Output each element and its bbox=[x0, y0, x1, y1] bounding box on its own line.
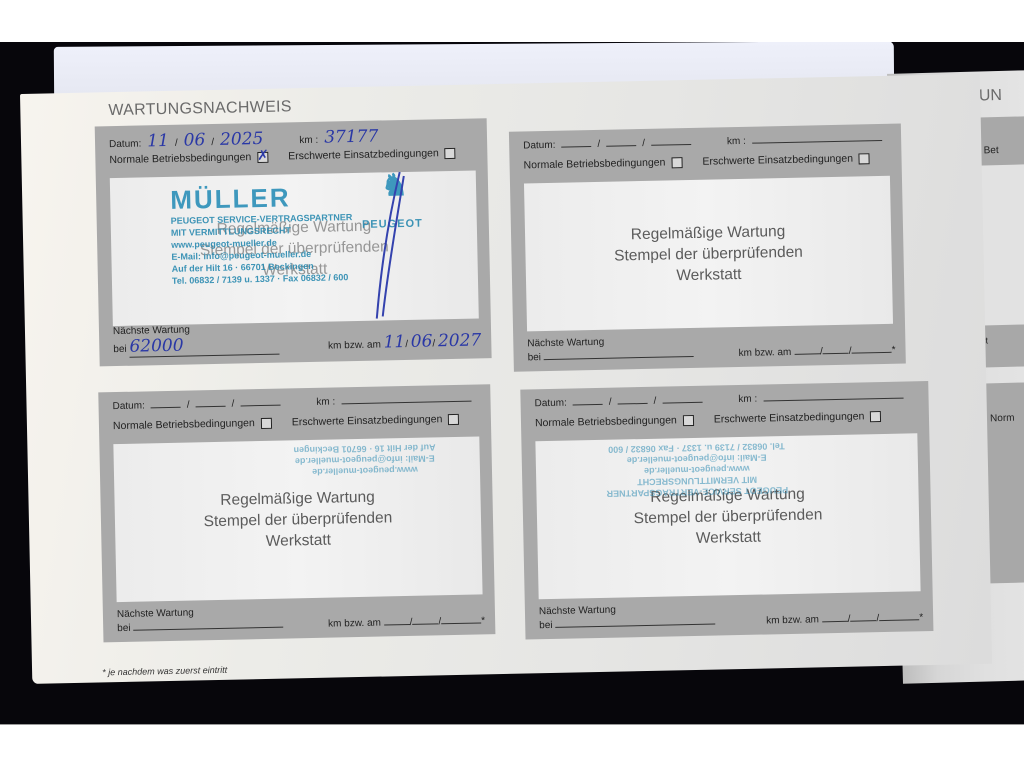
normal-conditions-checkbox[interactable] bbox=[257, 151, 268, 162]
difficult-conditions-checkbox[interactable] bbox=[445, 147, 456, 158]
workshop-stamp-box: www.peugeot-mueller.deE-Mail: info@peuge… bbox=[113, 436, 482, 602]
box-text-line2: Stempel der überprüfenden bbox=[633, 504, 822, 529]
next-year-value[interactable]: 2027 bbox=[438, 330, 482, 351]
km-label: km : bbox=[316, 396, 335, 407]
km-field[interactable] bbox=[752, 130, 882, 144]
date-year-field[interactable] bbox=[651, 134, 691, 146]
service-entry-3: Datum: / / km : Normale Betriebsbedingun… bbox=[98, 384, 495, 642]
next-day-field[interactable] bbox=[384, 614, 410, 626]
date-month-value[interactable]: 06 bbox=[183, 130, 205, 150]
normal-conditions-checkbox[interactable] bbox=[261, 417, 272, 428]
difficult-conditions-checkbox[interactable] bbox=[870, 411, 881, 422]
difficult-conditions-checkbox[interactable] bbox=[448, 413, 459, 424]
km-value[interactable]: 37177 bbox=[324, 127, 379, 148]
km-or-on-label: km bzw. am bbox=[766, 614, 819, 626]
asterisk: * bbox=[892, 345, 896, 356]
km-or-on-label: km bzw. am bbox=[328, 339, 381, 351]
normal-conditions-label: Normale Betriebsbedingungen bbox=[113, 417, 255, 432]
km-label: km : bbox=[738, 394, 757, 405]
service-entry-1: Datum: 11 / 06 / 2025 km : 37177 Normale… bbox=[95, 118, 492, 366]
next-km-value[interactable]: 62000 bbox=[129, 334, 279, 358]
date-separator: / bbox=[642, 138, 645, 149]
next-year-field[interactable] bbox=[441, 612, 481, 624]
stamp-offset-imprint: PEUGEOT SERVICE-VERTRAGSPARTNERMIT VERMI… bbox=[605, 440, 788, 499]
normal-conditions-label: Normale Betriebsbedingungen bbox=[535, 414, 677, 429]
service-entry-2: Datum: / / km : Normale Betriebsbedingun… bbox=[509, 124, 906, 372]
next-month-value[interactable]: 06 bbox=[411, 331, 433, 351]
date-separator: / bbox=[653, 396, 656, 407]
next-at-label: bei bbox=[539, 620, 553, 631]
next-km-field[interactable] bbox=[555, 614, 715, 628]
service-entry-4: Datum: / / km : Normale Betriebsbedingun… bbox=[520, 381, 933, 639]
next-year-field[interactable] bbox=[851, 342, 891, 354]
next-km-field[interactable] bbox=[544, 346, 694, 360]
date-year-field[interactable] bbox=[240, 395, 280, 407]
workshop-stamp-box: Regelmäßige Wartung Stempel der überprüf… bbox=[524, 176, 893, 332]
date-separator: / bbox=[597, 139, 600, 150]
next-day-field[interactable] bbox=[794, 343, 820, 355]
next-month-field[interactable] bbox=[412, 613, 438, 625]
workshop-stamp-box: Regelmäßige Wartung Stempel der überprüf… bbox=[110, 170, 479, 326]
date-label: Datum: bbox=[523, 140, 555, 152]
workshop-stamp-box: PEUGEOT SERVICE-VERTRAGSPARTNERMIT VERMI… bbox=[535, 433, 920, 599]
date-separator: / bbox=[609, 397, 612, 408]
km-field[interactable] bbox=[341, 391, 471, 405]
next-day-field[interactable] bbox=[822, 611, 848, 623]
box-text-line2: Stempel der überprüfenden bbox=[614, 241, 803, 266]
km-field[interactable] bbox=[763, 388, 903, 402]
date-separator: / bbox=[175, 138, 178, 149]
footnote: * je nachdem was zuerst eintritt bbox=[102, 665, 227, 678]
workshop-stamp: ♞ MÜLLER PEUGEOT PEUGEOT SERVICE-VERTRAG… bbox=[170, 179, 433, 314]
km-label: km : bbox=[727, 136, 746, 147]
normal-conditions-checkbox[interactable] bbox=[683, 414, 694, 425]
date-label: Datum: bbox=[534, 398, 566, 410]
date-month-field[interactable] bbox=[606, 135, 636, 147]
date-separator: / bbox=[211, 137, 214, 148]
date-year-field[interactable] bbox=[662, 392, 702, 404]
date-separator: / bbox=[231, 399, 234, 410]
box-text-line3: Werkstatt bbox=[266, 529, 332, 551]
normal-conditions-label: Normale Betriebsbedingungen bbox=[109, 151, 251, 166]
difficult-conditions-checkbox[interactable] bbox=[859, 153, 870, 164]
normal-conditions-label: Normale Betriebsbedingungen bbox=[523, 156, 665, 171]
stamp-offset-imprint: www.peugeot-mueller.deE-Mail: info@peuge… bbox=[293, 441, 436, 477]
next-month-field[interactable] bbox=[850, 610, 876, 622]
date-day-field[interactable] bbox=[573, 394, 603, 406]
signature-scribble bbox=[370, 170, 413, 321]
difficult-conditions-label: Erschwerte Einsatzbedingungen bbox=[292, 413, 443, 428]
date-month-field[interactable] bbox=[195, 396, 225, 408]
next-day-value[interactable]: 11 bbox=[383, 332, 405, 352]
difficult-conditions-label: Erschwerte Einsatzbedingungen bbox=[714, 410, 865, 425]
date-day-value[interactable]: 11 bbox=[147, 131, 169, 151]
date-separator: / bbox=[187, 400, 190, 411]
next-year-field[interactable] bbox=[879, 609, 919, 621]
box-text-line3: Werkstatt bbox=[696, 526, 762, 548]
date-label: Datum: bbox=[112, 400, 144, 412]
normal-conditions-checkbox[interactable] bbox=[671, 157, 682, 168]
date-day-field[interactable] bbox=[561, 136, 591, 148]
km-or-on-label: km bzw. am bbox=[738, 347, 791, 359]
bottom-margin bbox=[0, 724, 1024, 768]
date-month-field[interactable] bbox=[617, 393, 647, 405]
difficult-conditions-label: Erschwerte Einsatzbedingungen bbox=[288, 147, 439, 162]
km-label: km : bbox=[299, 135, 318, 146]
date-day-field[interactable] bbox=[151, 397, 181, 409]
service-record-page: WARTUNGSNACHWEIS Datum: 11 / 06 / 2025 k… bbox=[20, 74, 992, 684]
next-at-label: bei bbox=[528, 352, 542, 363]
next-at-label: bei bbox=[117, 623, 131, 634]
asterisk: * bbox=[481, 615, 485, 626]
box-text-line2: Stempel der überprüfenden bbox=[203, 507, 392, 532]
difficult-conditions-label: Erschwerte Einsatzbedingungen bbox=[702, 153, 853, 168]
right-normal2-label: Norm bbox=[990, 413, 1015, 425]
asterisk: * bbox=[919, 612, 923, 623]
box-text-line3: Werkstatt bbox=[676, 263, 742, 285]
next-km-field[interactable] bbox=[133, 617, 283, 631]
photo-background: WARTUN Datum: Normale Bet Nächst bei Nor… bbox=[0, 42, 1024, 724]
next-at-label: bei bbox=[113, 344, 127, 355]
next-month-field[interactable] bbox=[823, 343, 849, 355]
km-or-on-label: km bzw. am bbox=[328, 618, 381, 630]
page-title: WARTUNGSNACHWEIS bbox=[108, 98, 292, 120]
date-label: Datum: bbox=[109, 138, 141, 150]
